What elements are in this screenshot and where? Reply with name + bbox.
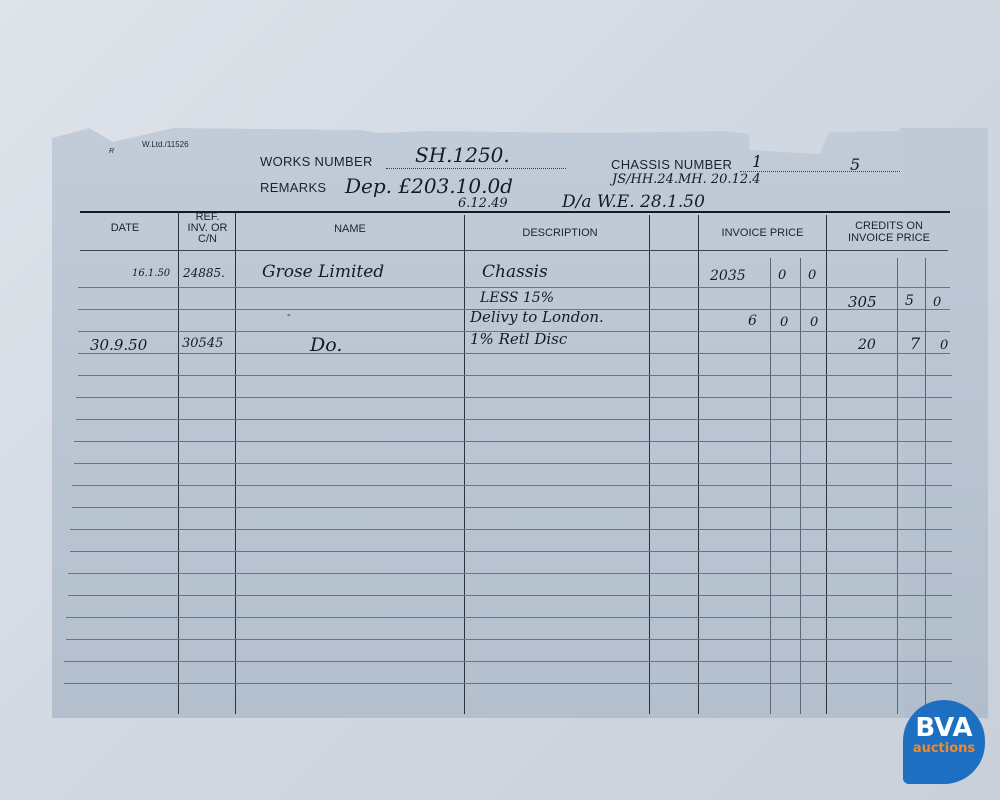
chassis-number-line [740,171,900,172]
chassis-note: JS/HH.24.MH. 20.12.4 [612,172,761,187]
row-rule [66,639,952,640]
header-date: DATE [95,223,155,234]
form-code: W.Ltd./11526 [142,140,189,149]
row-2-credit-shillings: 5 [905,293,914,309]
header-credits-2: INVOICE PRICE [830,233,948,244]
row-rule [74,441,952,442]
row-rule [72,507,952,508]
row-3-description: Delivy to London. [470,308,604,326]
works-number-value: SH.1250. [415,143,510,167]
header-name: NAME [300,224,400,235]
col-divider-inv-s [770,258,771,714]
row-rule [78,353,950,354]
row-1-invoice-shillings: 0 [778,268,786,283]
row-4-date: 30.9.50 [90,336,147,354]
row-2-description: LESS 15% [480,290,554,306]
row-rule [70,551,952,552]
row-4-ref: 30545 [182,336,223,351]
row-1-invoice-pence: 0 [808,268,816,283]
row-rule [66,617,952,618]
bva-sub-text: auctions [903,742,985,756]
row-rule [78,287,950,288]
chassis-number-value-1: 1 [752,152,762,171]
row-2-credit-pence: 0 [933,295,941,310]
row-rule [76,397,952,398]
remarks-line-1: Dep. £203.10.0d [345,174,513,198]
row-4-credit-shillings: 7 [910,334,920,353]
col-divider-cr-d [925,258,926,714]
row-rule [76,419,952,420]
row-rule [70,529,952,530]
row-4-name: Do. [310,334,342,356]
remarks-line-3: D/a W.E. 28.1.50 [562,192,705,212]
col-divider-inv-d [800,258,801,714]
row-4-credit-pounds: 20 [858,337,876,353]
bva-auctions-logo: BVA auctions [903,700,985,784]
row-2-credit-pounds: 305 [848,293,877,311]
header-credits-1: CREDITS ON [830,221,948,232]
row-4-description: 1% Retl Disc [470,330,567,348]
row-rule [72,485,952,486]
row-3-invoice-pence: 0 [810,315,818,330]
row-3-invoice-shillings: 0 [780,315,788,330]
remarks-label: REMARKS [260,180,326,195]
works-number-line [386,168,566,169]
row-4-credit-pence: 0 [940,338,948,353]
header-ref-3: C/N [180,234,235,245]
row-rule [68,595,952,596]
row-1-ref: 24885. [183,266,225,280]
record-card-right-edge [900,128,988,718]
row-rule [74,463,952,464]
works-number-label: WORKS NUMBER [260,154,373,169]
row-3-invoice-pounds: 6 [748,313,757,329]
chassis-number-value-2: 5 [850,155,860,174]
row-rule [64,683,952,684]
chassis-number-label: CHASSIS NUMBER [611,157,732,172]
row-1-name: Grose Limited [262,262,384,282]
bva-brand-text: BVA [903,714,985,742]
row-2-name: - [287,308,291,321]
header-bottom-rule [80,250,948,251]
form-mark: R [109,148,114,155]
row-1-date: 16.1.50 [132,268,170,279]
remarks-line-2: 6.12.49 [458,196,508,211]
row-1-description: Chassis [482,262,548,282]
col-divider-cr-s [897,258,898,714]
row-1-invoice-pounds: 2035 [710,268,746,284]
row-rule [68,573,952,574]
header-description: DESCRIPTION [500,228,620,239]
row-rule [78,375,952,376]
row-rule [64,661,952,662]
header-invoice-price: INVOICE PRICE [705,228,820,239]
